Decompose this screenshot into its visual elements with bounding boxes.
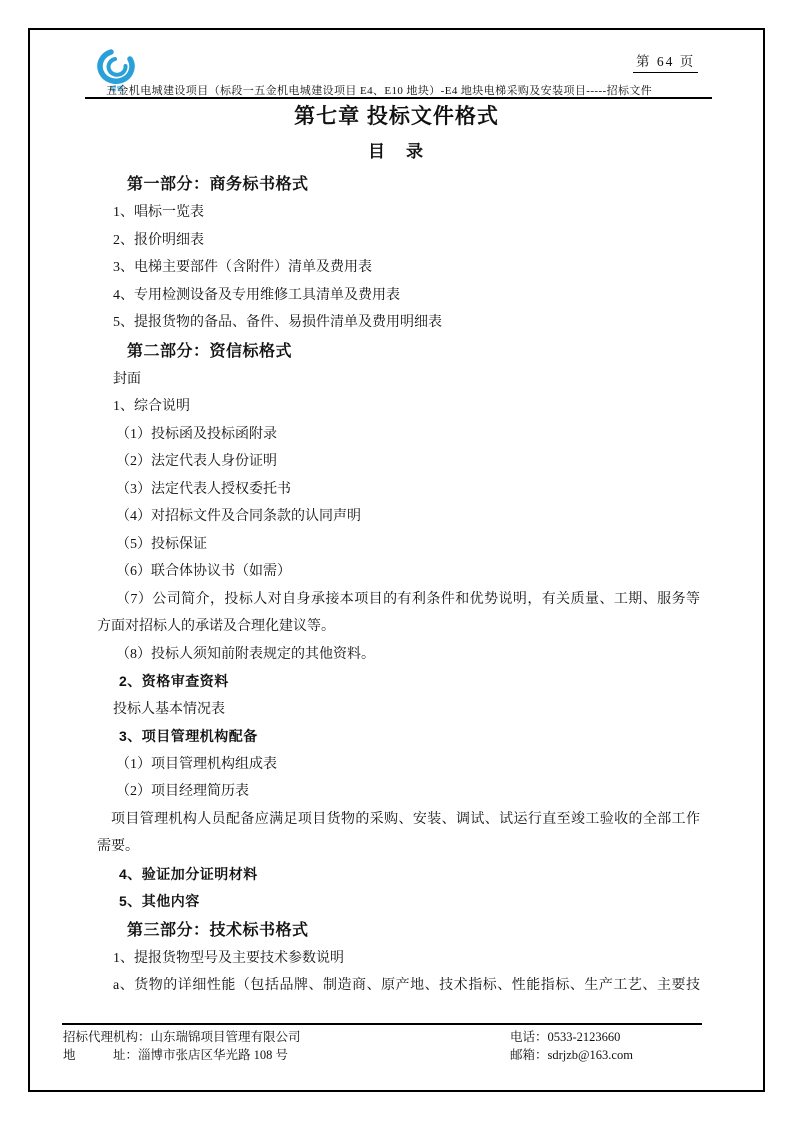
toc-line: （1）投标函及投标函附录 <box>97 421 700 449</box>
toc-line: 需要。 <box>97 833 700 861</box>
toc-line: 5、其他内容 <box>97 888 700 916</box>
toc-line: （3）法定代表人授权委托书 <box>97 476 700 504</box>
toc-line: 封面 <box>97 366 700 394</box>
toc-line: 3、项目管理机构配备 <box>97 723 700 751</box>
toc-list: 第一部分：商务标书格式1、唱标一览表2、报价明细表3、电梯主要部件（含附件）清单… <box>97 170 700 1000</box>
toc-line: （8）投标人须知前附表规定的其他资料。 <box>97 641 700 669</box>
toc-line: 第一部分：商务标书格式 <box>97 170 700 199</box>
footer-address: 地 址：淄博市张店区华光路 108 号 <box>63 1046 510 1064</box>
toc-line: （4）对招标文件及合同条款的认同声明 <box>97 503 700 531</box>
toc-line: （2）法定代表人身份证明 <box>97 448 700 476</box>
toc-line: （5）投标保证 <box>97 531 700 559</box>
toc-line: 第二部分：资信标格式 <box>97 337 700 366</box>
footer-phone: 电话：0533-2123660 <box>510 1028 620 1046</box>
toc-line: 第三部分：技术标书格式 <box>97 916 700 945</box>
toc-line: 3、电梯主要部件（含附件）清单及费用表 <box>97 254 700 282</box>
toc-heading: 目 录 <box>0 137 793 162</box>
chapter-title: 第七章 投标文件格式 <box>0 100 793 130</box>
toc-line: 1、综合说明 <box>97 393 700 421</box>
toc-line: 1、提报货物型号及主要技术参数说明 <box>97 945 700 973</box>
toc-line: 2、资格审查资料 <box>97 668 700 696</box>
footer: 招标代理机构：山东瑞锦项目管理有限公司 电话：0533-2123660 地 址：… <box>63 1028 703 1064</box>
header-project-line: 五金机电城建设项目（标段一五金机电城建设项目 E4、E10 地块）-E4 地块电… <box>106 82 710 98</box>
toc-line: 投标人基本情况表 <box>97 696 700 724</box>
toc-line: 项目管理机构人员配备应满足项目货物的采购、安装、调试、试运行直至竣工验收的全部工… <box>97 806 700 834</box>
page-number: 第 64 页 <box>633 50 698 73</box>
toc-line: 1、唱标一览表 <box>97 199 700 227</box>
footer-email: 邮箱：sdrjzb@163.com <box>510 1046 633 1064</box>
toc-line: 4、验证加分证明材料 <box>97 861 700 889</box>
toc-line: 5、提报货物的备品、备件、易损件清单及费用明细表 <box>97 309 700 337</box>
toc-line: （6）联合体协议书（如需） <box>97 558 700 586</box>
toc-line: 方面对招标人的承诺及合理化建议等。 <box>97 613 700 641</box>
toc-line: （1）项目管理机构组成表 <box>97 751 700 779</box>
toc-line: a、货物的详细性能（包括品牌、制造商、原产地、技术指标、性能指标、生产工艺、主要… <box>97 972 700 1000</box>
footer-agency: 招标代理机构：山东瑞锦项目管理有限公司 <box>63 1028 510 1046</box>
toc-line: 4、专用检测设备及专用维修工具清单及费用表 <box>97 282 700 310</box>
header-rule <box>85 97 712 99</box>
footer-rule <box>62 1023 702 1025</box>
toc-line: （2）项目经理简历表 <box>97 778 700 806</box>
toc-line: （7）公司简介，投标人对自身承接本项目的有利条件和优势说明，有关质量、工期、服务… <box>97 586 700 614</box>
toc-line: 2、报价明细表 <box>97 227 700 255</box>
